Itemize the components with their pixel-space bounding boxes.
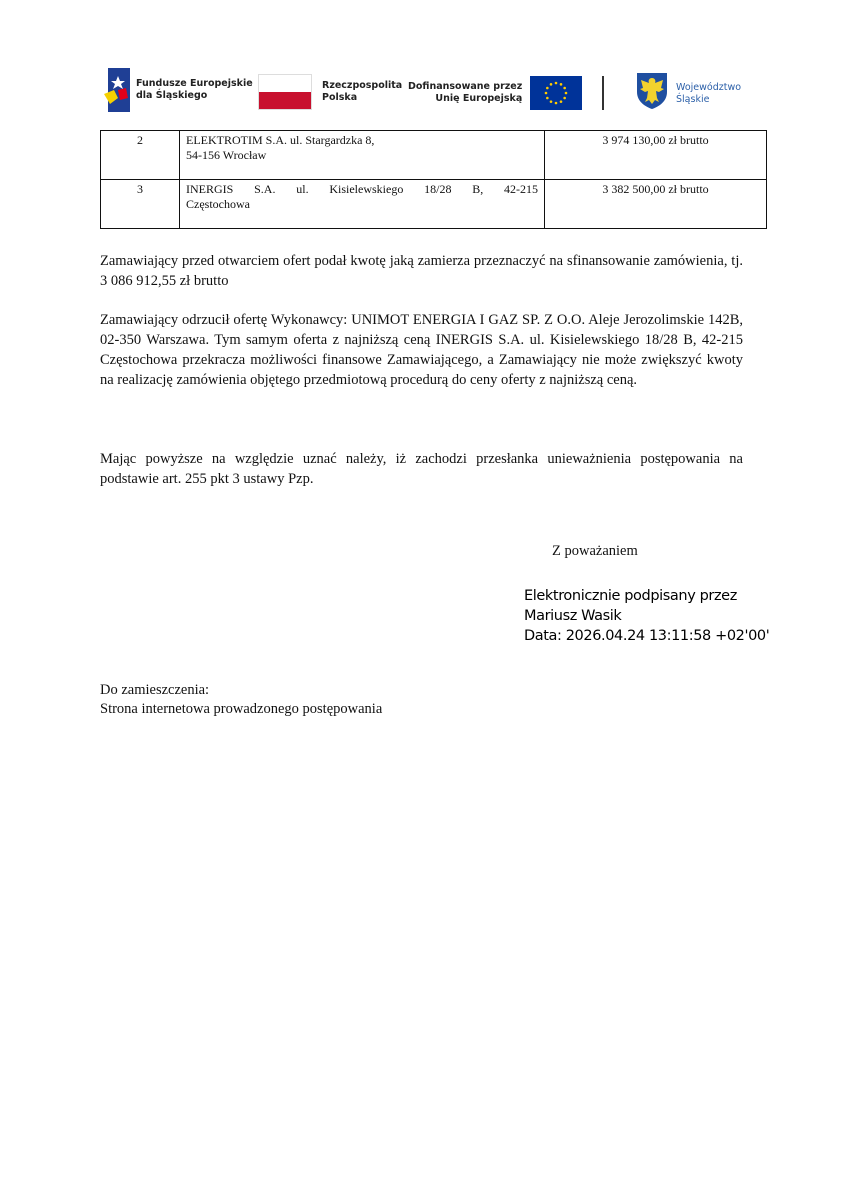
fe-star-icon: [104, 68, 130, 112]
rejection-paragraph: Zamawiający odrzucił ofertę Wykonawcy: U…: [100, 310, 743, 390]
polish-flag-icon: [258, 74, 312, 110]
logo-eu-line1: Dofinansowane przez: [408, 81, 522, 93]
electronic-signature: Elektronicznie podpisany przez Mariusz W…: [524, 586, 769, 646]
contractor-line: Częstochowa: [186, 197, 538, 212]
budget-paragraph: Zamawiający przed otwarciem ofert podał …: [100, 251, 743, 291]
contractor-line: 54-156 Wrocław: [186, 148, 538, 163]
signature-line: Elektronicznie podpisany przez: [524, 586, 769, 606]
logo-eu-line2: Unię Europejską: [408, 93, 522, 105]
logo-divider: [602, 76, 604, 110]
offer-contractor: INERGIS S.A. ul. Kisielewskiego 18/28 B,…: [180, 180, 545, 229]
cancellation-paragraph: Mając powyższe na względzie uznać należy…: [100, 449, 743, 489]
logo-unia-europejska: Dofinansowane przez Unię Europejską: [408, 76, 582, 110]
offer-price: 3 974 130,00 zł brutto: [545, 131, 767, 180]
signature-date: Data: 2026.04.24 13:11:58 +02'00': [524, 626, 769, 646]
table-row: 2 ELEKTROTIM S.A. ul. Stargardzka 8, 54-…: [101, 131, 767, 180]
logo-fundusze-europejskie: Fundusze Europejskie dla Śląskiego: [104, 68, 253, 112]
logo-pl-line2: Polska: [322, 92, 402, 104]
logo-pl-line1: Rzeczpospolita: [322, 80, 402, 92]
offer-price: 3 382 500,00 zł brutto: [545, 180, 767, 229]
offer-number: 2: [101, 131, 180, 180]
table-row: 3 INERGIS S.A. ul. Kisielewskiego 18/28 …: [101, 180, 767, 229]
logo-wojewodztwo-slaskie: Województwo Śląskie: [636, 72, 741, 115]
signature-signer: Mariusz Wasik: [524, 606, 769, 626]
posting-target: Strona internetowa prowadzonego postępow…: [100, 700, 382, 719]
contractor-line: INERGIS S.A. ul. Kisielewskiego 18/28 B,…: [186, 182, 538, 197]
closing-greeting: Z poważaniem: [552, 543, 638, 560]
posting-label: Do zamieszczenia:: [100, 681, 382, 700]
offer-number: 3: [101, 180, 180, 229]
silesian-eagle-icon: [636, 72, 668, 115]
logo-rzeczpospolita-polska: Rzeczpospolita Polska: [258, 74, 402, 110]
header-logos: Fundusze Europejskie dla Śląskiego Rzecz…: [104, 68, 764, 118]
posting-note: Do zamieszczenia: Strona internetowa pro…: [100, 681, 382, 719]
contractor-line: ELEKTROTIM S.A. ul. Stargardzka 8,: [186, 133, 538, 148]
offers-table: 2 ELEKTROTIM S.A. ul. Stargardzka 8, 54-…: [100, 130, 767, 229]
eu-flag-icon: [530, 76, 582, 110]
logo-fe-line2: dla Śląskiego: [136, 90, 253, 102]
logo-woj-line1: Województwo: [676, 82, 741, 94]
logo-woj-line2: Śląskie: [676, 94, 741, 106]
offer-contractor: ELEKTROTIM S.A. ul. Stargardzka 8, 54-15…: [180, 131, 545, 180]
logo-fe-line1: Fundusze Europejskie: [136, 78, 253, 90]
